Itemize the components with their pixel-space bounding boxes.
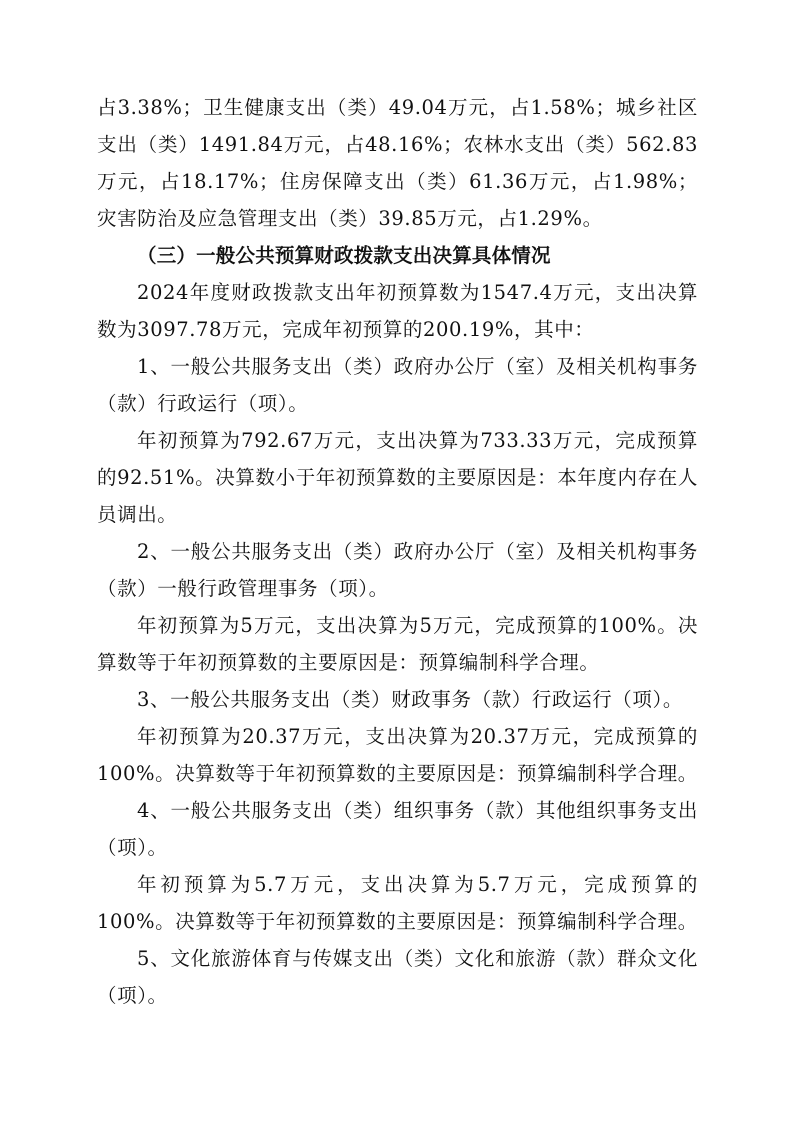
paragraph-budget-summary: 2024年度财政拨款支出年初预算数为1547.4万元，支出决算数为3097.78…: [97, 274, 698, 348]
item-1-title: 1、一般公共服务支出（类）政府办公厅（室）及相关机构事务（款）行政运行（项）。: [97, 348, 698, 422]
item-3-title: 3、一般公共服务支出（类）财政事务（款）行政运行（项）。: [97, 681, 698, 718]
item-2-detail: 年初预算为5万元，支出决算为5万元，完成预算的100%。决算数等于年初预算数的主…: [97, 607, 698, 681]
document-page: 占3.38%；卫生健康支出（类）49.04万元，占1.58%；城乡社区支出（类）…: [97, 89, 698, 1014]
item-2-title: 2、一般公共服务支出（类）政府办公厅（室）及相关机构事务（款）一般行政管理事务（…: [97, 533, 698, 607]
paragraph-expenditure-shares: 占3.38%；卫生健康支出（类）49.04万元，占1.58%；城乡社区支出（类）…: [97, 89, 698, 237]
item-4-title: 4、一般公共服务支出（类）组织事务（款）其他组织事务支出（项）。: [97, 792, 698, 866]
item-4-detail: 年初预算为5.7万元，支出决算为5.7万元，完成预算的100%。决算数等于年初预…: [97, 866, 698, 940]
item-3-detail: 年初预算为20.37万元，支出决算为20.37万元，完成预算的100%。决算数等…: [97, 718, 698, 792]
section-heading-general-budget-details: （三）一般公共预算财政拨款支出决算具体情况: [97, 237, 698, 274]
item-1-detail: 年初预算为792.67万元，支出决算为733.33万元，完成预算的92.51%。…: [97, 422, 698, 533]
item-5-title: 5、文化旅游体育与传媒支出（类）文化和旅游（款）群众文化（项）。: [97, 940, 698, 1014]
